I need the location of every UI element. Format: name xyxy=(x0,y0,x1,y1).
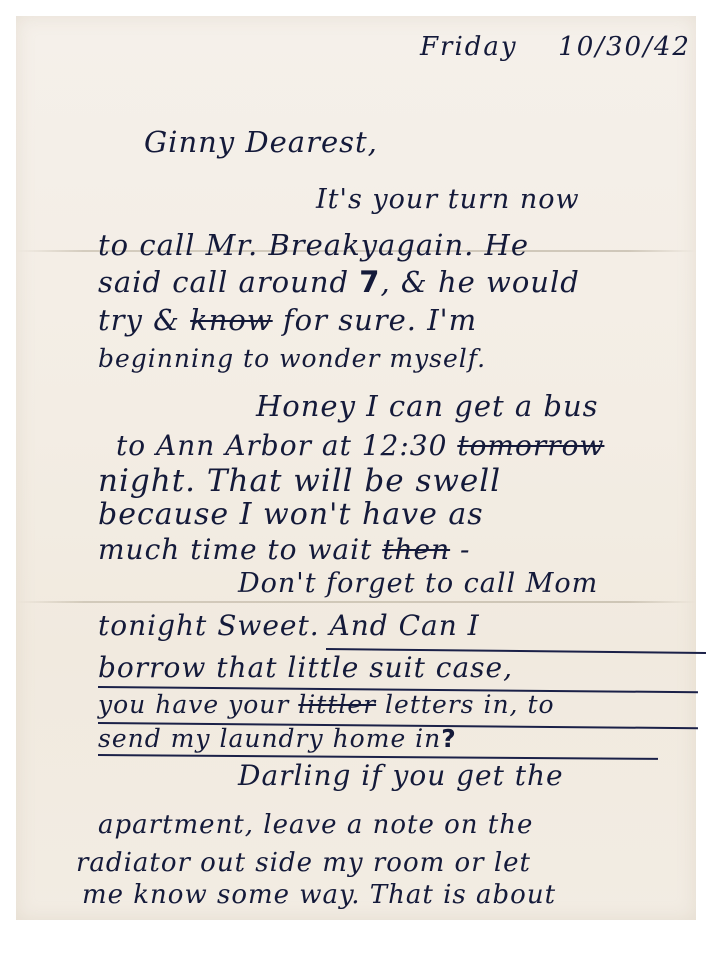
letter-date: 10/30/42 xyxy=(558,32,691,62)
letter-line-16: Darling if you get the xyxy=(238,762,564,790)
letter-line-19: me know some way. That is about xyxy=(82,882,556,908)
struck-word: know xyxy=(190,303,273,337)
letter-line-1: It's your turn now xyxy=(316,186,580,213)
letter-page: Friday 10/30/42 Ginny Dearest, It's your… xyxy=(16,16,696,920)
paper-fold-line xyxy=(16,601,696,603)
emphasized-question-mark: ? xyxy=(441,724,457,753)
letter-line-6: Honey I can get a bus xyxy=(256,392,599,421)
letter-line-3: said call around 7, & he would xyxy=(98,268,580,297)
struck-word: tomorrow xyxy=(457,429,604,462)
letter-line-15: send my laundry home in? xyxy=(98,726,457,751)
letter-line-5: beginning to wonder myself. xyxy=(98,346,486,371)
salutation: Ginny Dearest, xyxy=(144,128,378,157)
struck-word: then xyxy=(382,533,450,566)
letter-line-7: to Ann Arbor at 12:30 tomorrow xyxy=(116,432,604,460)
letter-line-4: try & know for sure. I'm xyxy=(98,306,477,335)
letter-line-8: night. That will be swell xyxy=(98,466,501,497)
letter-line-11: Don't forget to call Mom xyxy=(238,570,598,597)
emphasized-number: 7 xyxy=(359,265,380,299)
letter-line-10: much time to wait then - xyxy=(98,536,470,564)
letter-line-9: because I won't have as xyxy=(98,500,484,530)
letter-line-12: tonight Sweet. And Can I xyxy=(98,612,480,640)
letter-line-13: borrow that little suit case, xyxy=(98,654,513,682)
letter-line-18: radiator out side my room or let xyxy=(76,850,531,876)
letter-line-17: apartment, leave a note on the xyxy=(98,812,533,838)
struck-word: littler xyxy=(298,690,376,719)
letter-line-2: to call Mr. Breakyagain. He xyxy=(98,231,529,260)
letter-day: Friday xyxy=(420,32,518,62)
letter-date-header: Friday 10/30/42 xyxy=(420,34,691,60)
letter-line-14: you have your littler letters in, to xyxy=(98,692,555,717)
